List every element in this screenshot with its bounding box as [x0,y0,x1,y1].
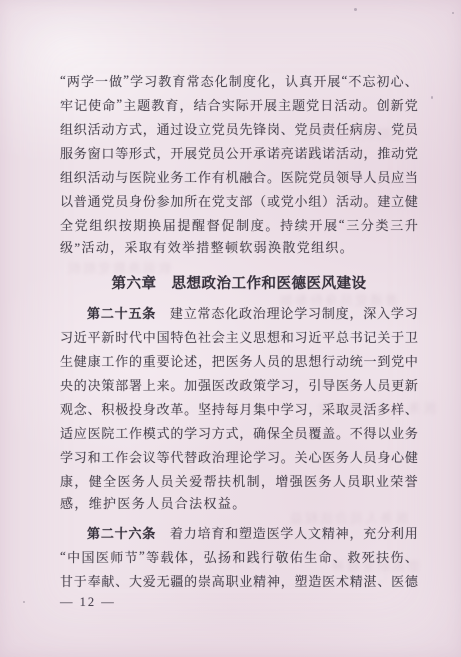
text-line: “中国医师节”等载体，弘扬和践行敬佑生命、救死扶伤、 [60,544,418,568]
text-line: 感，维护医务人员合法权益。 [60,492,418,516]
paragraph: “两学一做”学习教育常态化制度化，认真开展“不忘初心、牢记使命”主题教育，结合实… [60,68,418,260]
text-line: 康，健全医务人员关爱帮扶机制，增强医务人员职业荣誉 [60,468,418,492]
text-line: 学习和工作会议等代替政治理论学习。关心医务人员身心健 [60,444,418,468]
text-line: 甘于奉献、大爱无疆的崇高职业精神，塑造医术精湛、医德 [60,568,418,592]
document-body: “两学一做”学习教育常态化制度化，认真开展“不忘初心、牢记使命”主题教育，结合实… [60,68,418,610]
text-line: 习近平新时代中国特色社会主义思想和习近平总书记关于卫 [60,324,418,348]
text-line: 第二十六条 着力培育和塑造医学人文精神，充分利用 [60,520,418,544]
text-line: 全党组织按期换届提醒督促制度。持续开展“三分类三升 [60,212,418,236]
text-line: 观念、积极投身改革。坚持每月集中学习，采取灵活多样、 [60,396,418,420]
text-line: 服务窗口等形式，开展党员公开承诺亮诺践诺活动，推动党 [60,140,418,164]
text-line: 牢记使命”主题教育，结合实际开展主题党日活动。创新党 [60,92,418,116]
text-line: 组织活动方式，通过设立党员先锋岗、党员责任病房、党员 [60,116,418,140]
text-line: 级”活动，采取有效举措整顿软弱涣散党组织。 [60,236,418,260]
text-line: 适应医院工作模式的学习方式，确保全员覆盖。不得以业务 [60,420,418,444]
scan-speck [23,601,25,603]
scanned-page: { "meta": { "page_background": "#efe3ea"… [0,0,461,657]
text-line: 第二十五条 建立常态化政治理论学习制度，深入学习 [60,300,418,324]
page-number: — 12 — [60,595,418,610]
text-line: “两学一做”学习教育常态化制度化，认真开展“不忘初心、 [60,68,418,92]
scan-speck [354,8,357,11]
paragraph: 第二十六条 着力培育和塑造医学人文精神，充分利用“中国医师节”等载体，弘扬和践行… [60,520,418,592]
scan-speck [452,12,454,14]
text-line: 生健康工作的重要论述，把医务人员的思想行动统一到党中 [60,348,418,372]
paragraph: 第二十五条 建立常态化政治理论学习制度，深入学习习近平新时代中国特色社会主义思想… [60,300,418,516]
scan-speck [431,96,433,99]
text-line: 组织活动与医院业务工作有机融合。医院党员领导人员应当 [60,164,418,188]
text-line: 以普通党员身份参加所在党支部（或党小组）活动。建立健 [60,188,418,212]
chapter-heading: 第六章 思想政治工作和医德医风建设 [60,272,418,296]
text-line: 央的决策部署上来。加强医改政策学习，引导医务人员更新 [60,372,418,396]
